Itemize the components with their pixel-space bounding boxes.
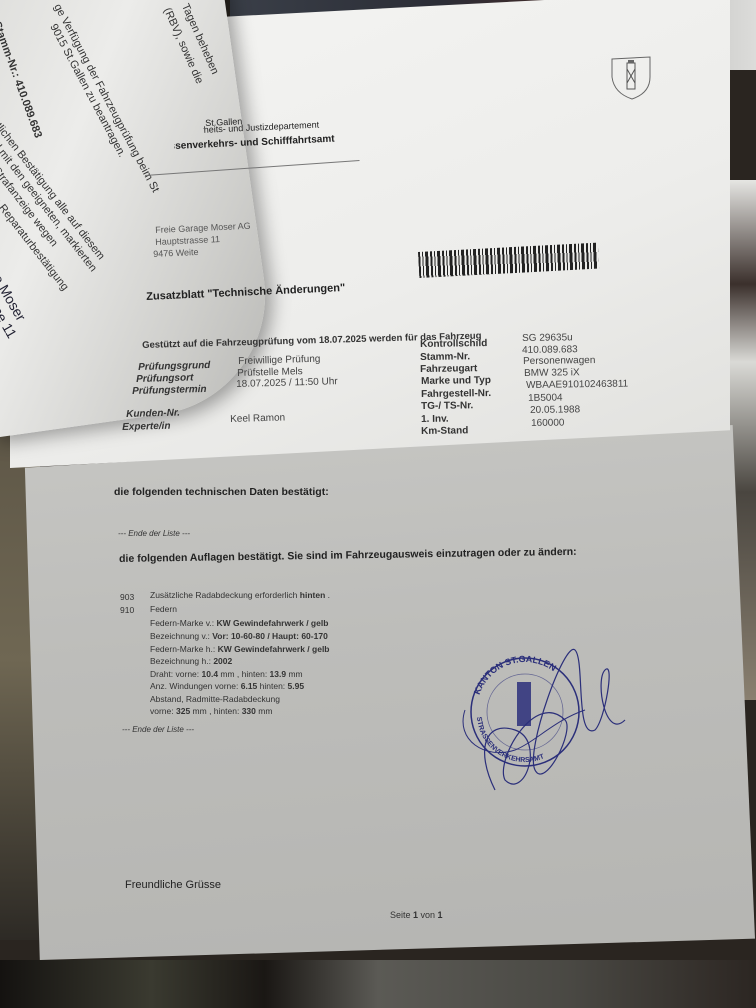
condition-text: Zusätzliche Radabdeckung erforderlich hi… <box>150 590 330 600</box>
spring-detail-text: Bezeichnung h.: <box>150 656 213 666</box>
page-indicator: Seite 1 von 1 <box>390 910 443 920</box>
spring-detail-line: vorne: 325 mm , hinten: 330 mm <box>150 706 272 716</box>
closing-greeting: Freundliche Grüsse <box>125 879 221 891</box>
value-kontrollschild: SG 29635u <box>522 332 573 344</box>
value-pruefungsgrund: Freiwillige Prüfung <box>238 354 321 367</box>
value-experte: Keel Ramon <box>230 412 285 425</box>
spring-detail-rest: hinten: <box>257 681 287 691</box>
spring-detail-bold: KW Gewindefahrwerk / gelb <box>216 618 328 628</box>
condition-text-suffix: . <box>325 590 330 600</box>
value-erste-inv: 20.05.1988 <box>530 404 580 416</box>
spring-detail-rest2: mm <box>256 706 273 716</box>
label-km-stand: Km-Stand <box>421 425 468 437</box>
label-stamm-nr: Stamm-Nr. <box>420 351 470 363</box>
section-tech-heading: die folgenden technischen Daten bestätig… <box>114 486 329 498</box>
spring-detail-text: Anz. Windungen vorne: <box>150 681 241 691</box>
spring-detail-rest2: mm <box>286 669 303 679</box>
condition-code: 910 <box>120 605 134 615</box>
background-table-bottom <box>0 960 756 1008</box>
spring-detail-bold: 2002 <box>213 656 232 666</box>
value-fahrzeugart: Personenwagen <box>523 355 595 367</box>
label-marke-typ: Marke und Typ <box>421 375 491 387</box>
label-pruefungsort: Prüfungsort <box>136 372 194 385</box>
spring-detail-line: Federn-Marke v.: KW Gewindefahrwerk / ge… <box>150 618 328 628</box>
spring-detail-line: Draht: vorne: 10.4 mm , hinten: 13.9 mm <box>150 669 303 679</box>
label-kunden-nr: Kunden-Nr. <box>126 407 180 420</box>
label-kontrollschild: Kontrollschild <box>420 338 487 350</box>
spring-detail-text: Draht: vorne: <box>150 669 202 679</box>
section-tech-end-marker: --- Ende der Liste --- <box>118 529 190 538</box>
label-fahrgestell-nr: Fahrgestell-Nr. <box>421 388 491 400</box>
spring-detail-bold: KW Gewindefahrwerk / gelb <box>218 644 330 654</box>
spring-detail-line: Federn-Marke h.: KW Gewindefahrwerk / ge… <box>150 644 330 654</box>
spring-detail-rest: mm , hinten: <box>190 706 242 716</box>
condition-code: 903 <box>120 592 134 602</box>
label-erste-inv: 1. Inv. <box>421 414 449 425</box>
label-experte: Experte/in <box>122 421 171 433</box>
value-km-stand: 160000 <box>531 418 565 429</box>
spring-detail-bold2: 5.95 <box>288 681 305 691</box>
spring-detail-text: Bezeichnung v.: <box>150 631 212 641</box>
spring-detail-bold2: 330 <box>242 706 256 716</box>
spring-detail-bold: 325 <box>176 706 190 716</box>
label-pruefungsgrund: Prüfungsgrund <box>138 360 210 373</box>
spring-detail-text: Federn-Marke v.: <box>150 618 216 628</box>
value-marke-typ: BMW 325 iX <box>524 367 580 379</box>
label-pruefungstermin: Prüfungstermin <box>132 384 207 397</box>
spring-detail-rest: mm , hinten: <box>218 669 270 679</box>
spring-detail-text: Abstand, Radmitte-Radabdeckung <box>150 694 280 704</box>
spring-detail-line: Abstand, Radmitte-Radabdeckung <box>150 694 280 704</box>
st-gallen-coat-of-arms-icon <box>610 55 652 101</box>
condition-text: Federn <box>150 604 177 614</box>
spring-detail-bold: 10.4 <box>202 669 219 679</box>
recipient-city: 9476 Weite <box>153 247 199 259</box>
value-fahrgestell-nr: WBAAE910102463811 <box>526 379 628 391</box>
page-total: 1 <box>438 910 443 920</box>
label-tg-ts-nr: TG-/ TS-Nr. <box>421 400 473 412</box>
section-conditions-end-marker: --- Ende der Liste --- <box>122 725 194 734</box>
condition-text-main: Zusätzliche Radabdeckung erforderlich <box>150 590 300 600</box>
spring-detail-text: vorne: <box>150 706 176 716</box>
label-fahrzeugart: Fahrzeugart <box>420 363 477 375</box>
page-middle: von <box>418 910 438 920</box>
spring-detail-line: Bezeichnung h.: 2002 <box>150 656 232 666</box>
spring-detail-bold: 6.15 <box>241 681 258 691</box>
value-stamm-nr: 410.089.683 <box>522 344 578 356</box>
spring-detail-text: Federn-Marke h.: <box>150 644 218 654</box>
spring-detail-bold2: 13.9 <box>270 669 287 679</box>
page-prefix: Seite <box>390 910 413 920</box>
document-lower-half <box>10 425 755 960</box>
spring-detail-line: Bezeichnung v.: Vor: 10-60-80 / Haupt: 6… <box>150 631 328 641</box>
condition-text-bold: hinten <box>300 590 326 600</box>
value-tg-ts-nr: 1B5004 <box>528 393 563 404</box>
spring-detail-line: Anz. Windungen vorne: 6.15 hinten: 5.95 <box>150 681 304 691</box>
spring-detail-bold: Vor: 10-60-80 / Haupt: 60-170 <box>212 631 328 641</box>
official-stamp-signature: KANTON ST.GALLEN STRASSENVERKEHRSAMT <box>455 630 635 810</box>
